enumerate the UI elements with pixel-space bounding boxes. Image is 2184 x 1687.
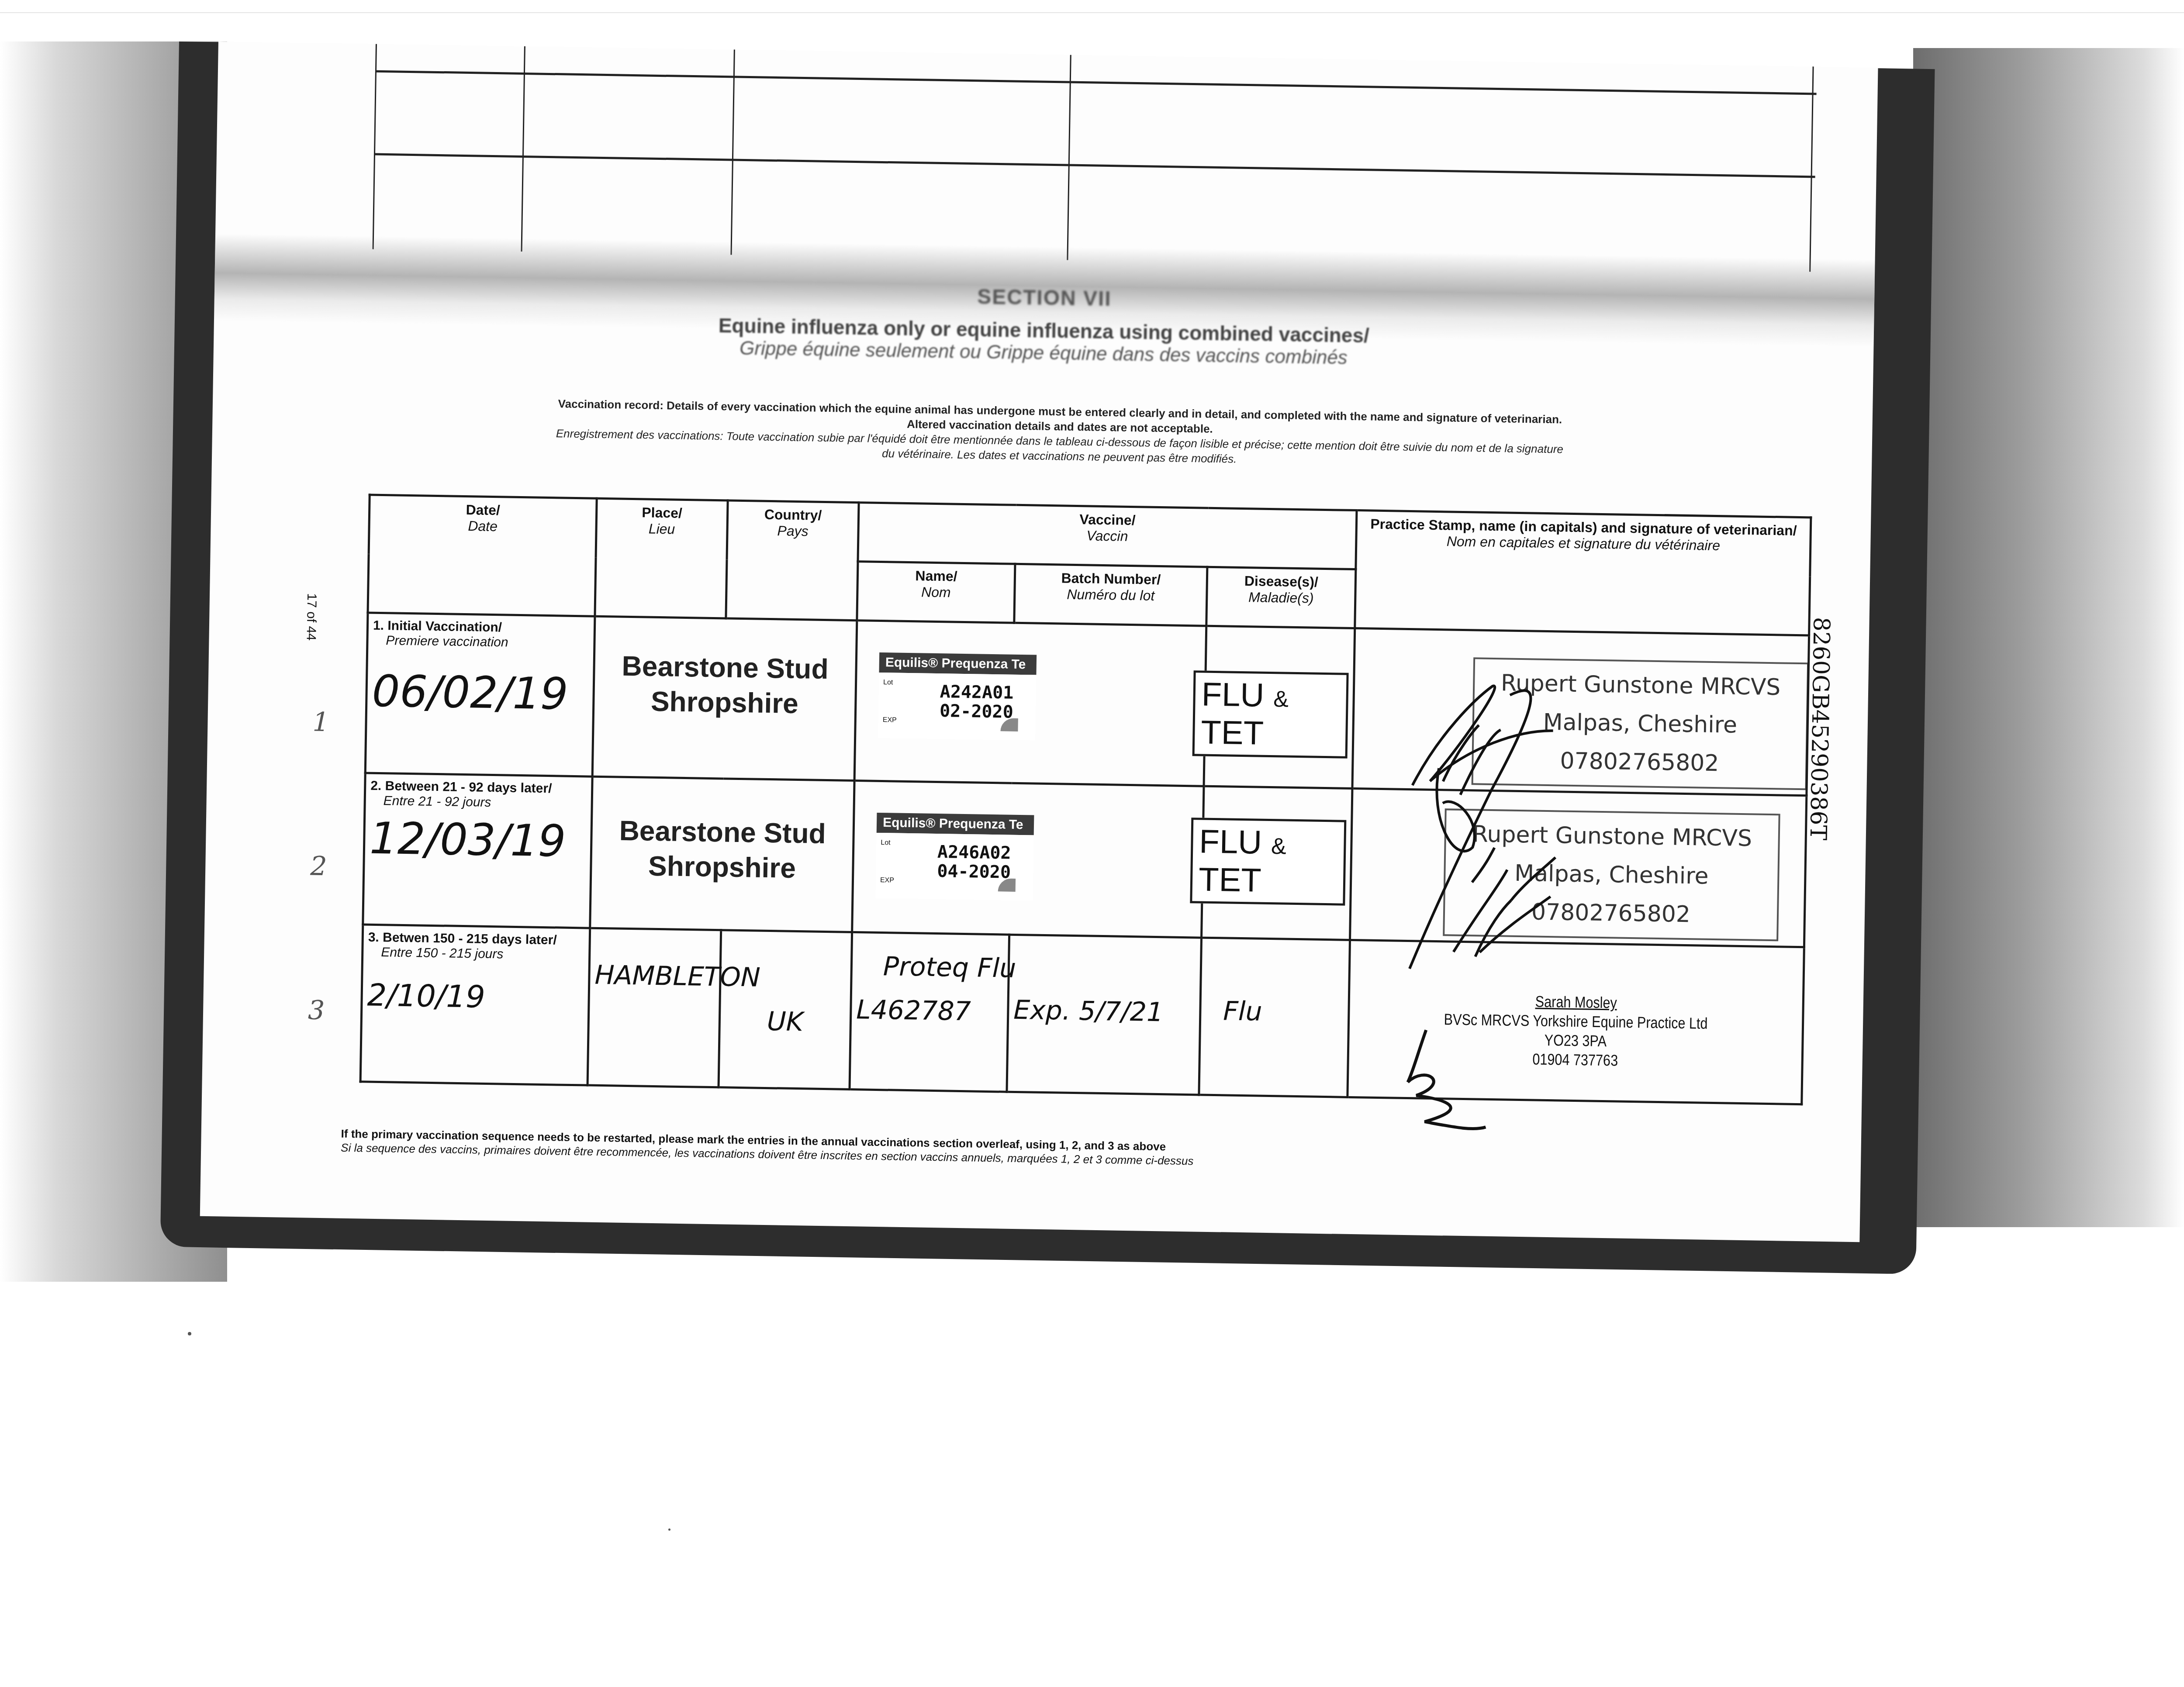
previous-table-fragment (373, 44, 1817, 272)
disease-cell: Flu (1199, 938, 1350, 1097)
place-cell: Bearstone StudShropshire (590, 776, 854, 932)
header-place: Place/Lieu (595, 498, 728, 618)
vaccine-name-cell: Proteq Flu L462787 (850, 932, 1009, 1092)
date-handwritten: 2/10/19 (367, 977, 584, 1017)
header-row: Date/Date Place/Lieu Country/Pays Vaccin… (369, 495, 1811, 576)
date-cell: 2. Between 21 - 92 days later/Entre 21 -… (363, 773, 592, 928)
signature-icon (1398, 1021, 1505, 1136)
disease-cell: FLU & TET (1202, 786, 1352, 940)
header-date: Date/Date (368, 495, 597, 616)
instructions: Vaccination record: Details of every vac… (325, 393, 1794, 475)
scan-speck (668, 1528, 670, 1531)
expiry-handwritten: Exp. 5/7/21 (1013, 995, 1195, 1028)
scan-background-right (1913, 48, 2184, 1227)
batch-handwritten: L462787 (856, 994, 1003, 1027)
vaccine-name-handwritten: Proteq Flu (857, 951, 1003, 983)
page-counter: 17 of 44 (303, 593, 319, 641)
date-cell: 1. Initial Vaccination/Premiere vaccinat… (365, 613, 595, 776)
table-row: 1. Initial Vaccination/Premiere vaccinat… (365, 613, 1809, 796)
row-marker-3: 3 (308, 995, 325, 1026)
date-handwritten: 06/02/19 (372, 666, 589, 720)
disease-stamp: FLU & TET (1190, 818, 1346, 906)
row-marker-2: 2 (310, 851, 327, 882)
scan-speck (188, 1332, 191, 1335)
country-handwritten: UK (725, 1006, 845, 1038)
footnote: If the primary vaccination sequence need… (341, 1127, 1870, 1179)
passport-page: SECTION VII Equine influenza only or equ… (200, 41, 1878, 1242)
header-country: Country/Pays (726, 500, 859, 621)
country-cell: UK (719, 930, 852, 1090)
vaccine-sticker: Equilis® Prequenza Te Lot EXP A246A0204-… (875, 813, 1034, 901)
header-stamp: Practice Stamp, name (in capitals) and s… (1355, 511, 1811, 635)
place-cell: HAMBLETON (587, 928, 721, 1087)
vaccine-sticker: Equilis® Prequenza Te Lot EXP A242A0102-… (878, 652, 1037, 741)
place-cell: Bearstone StudShropshire (592, 616, 857, 780)
table-row: 3. Betwen 150 - 215 days later/Entre 150… (360, 925, 1804, 1104)
header-disease: Disease(s)/Maladie(s) (1206, 567, 1356, 628)
scan-edge (0, 12, 2184, 13)
table-row: 2. Between 21 - 92 days later/Entre 21 -… (363, 773, 1807, 947)
header-batch: Batch Number/Numéro du lot (1014, 564, 1207, 626)
date-cell: 3. Betwen 150 - 215 days later/Entre 150… (360, 925, 590, 1085)
row-marker-1: 1 (312, 707, 329, 738)
passport-id: 8260GB45290386T (1805, 617, 1835, 840)
vaccine-label-cell: Equilis® Prequenza Te Lot EXP A246A0204-… (852, 781, 1204, 938)
place-handwritten: HAMBLETON (594, 960, 715, 992)
vaccine-label-cell: Equilis® Prequenza Te Lot EXP A242A0102-… (854, 621, 1206, 787)
batch-cell: Exp. 5/7/21 (1007, 935, 1202, 1095)
disease-stamp: FLU & TET (1192, 670, 1349, 759)
signature-icon (1401, 680, 1563, 980)
header-vaccine-name: Name/Nom (857, 562, 1015, 623)
vaccination-table: Date/Date Place/Lieu Country/Pays Vaccin… (359, 494, 1812, 1106)
header-vaccine: Vaccine/Vaccin (858, 503, 1357, 569)
date-handwritten: 12/03/19 (369, 813, 586, 867)
disease-cell: FLU & TET (1204, 626, 1355, 788)
disease-handwritten: Flu (1206, 996, 1344, 1028)
